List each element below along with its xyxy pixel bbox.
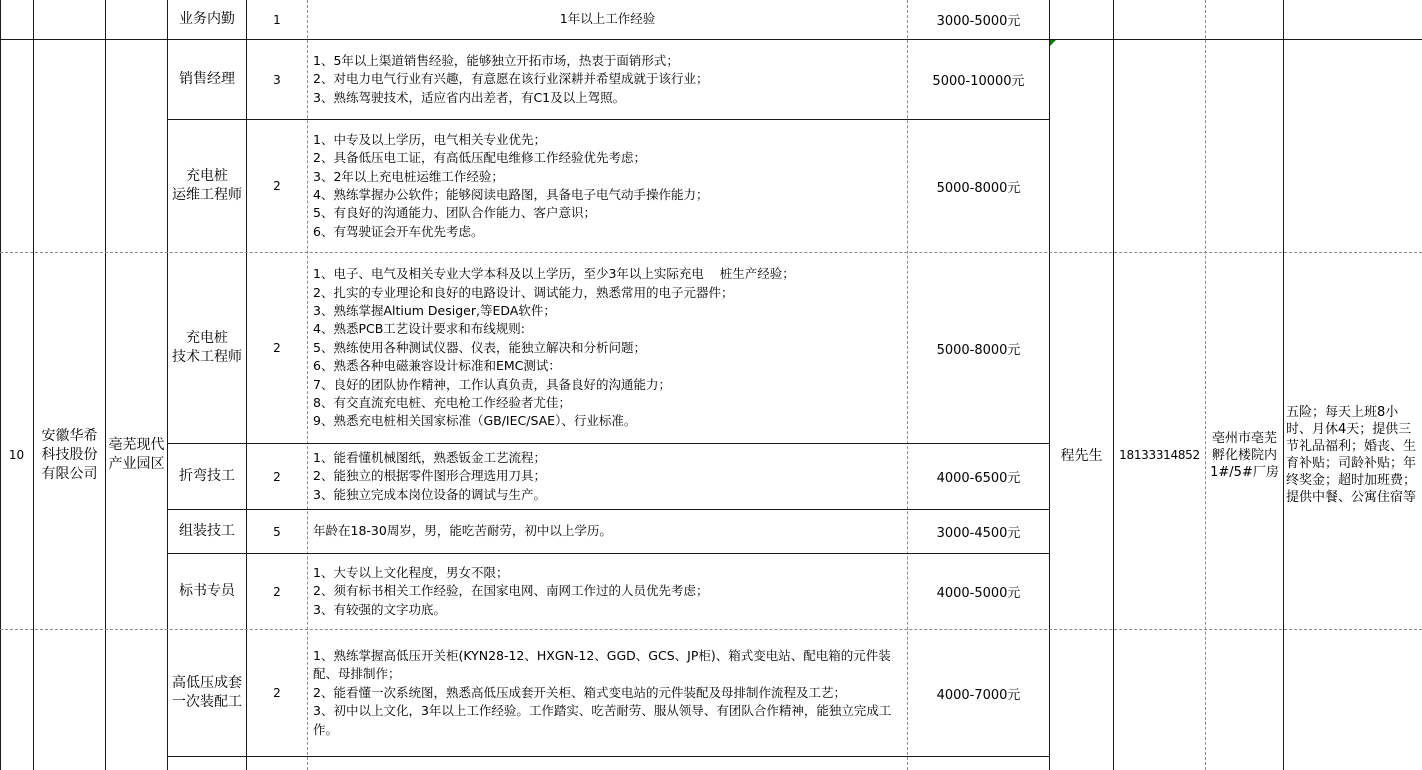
industrial-park-cell[interactable]: 亳芜现代产业园区 xyxy=(106,140,167,770)
requirements-cell[interactable]: 1年以上工作经验 xyxy=(308,0,906,39)
salary-cell[interactable]: 5000-10000元 xyxy=(908,40,1049,119)
salary-cell[interactable]: 3000-5000元 xyxy=(908,0,1049,39)
contact-person-cell[interactable]: 程先生 xyxy=(1050,140,1113,770)
headcount-cell[interactable]: 2 xyxy=(247,444,307,509)
benefits-cell[interactable]: 五险；每天上班8小时、月休4天；提供三节礼品福利；婚丧、生育补贴；司龄补贴；年终… xyxy=(1284,140,1422,770)
phone-number-cell[interactable]: 18133314852 xyxy=(1114,140,1205,770)
headcount-cell[interactable]: 5 xyxy=(247,510,307,553)
address-cell[interactable]: 亳州市亳芜孵化楼院内1#/5#厂房 xyxy=(1206,140,1283,770)
headcount-cell[interactable]: 2 xyxy=(247,554,307,629)
job-title-cell[interactable]: 业务内勤 xyxy=(168,0,246,39)
headcount-cell[interactable]: 2 xyxy=(247,120,307,252)
requirements-cell[interactable]: 1、熟练掌握高低压开关柜(KYN28-12、HXGN-12、GGD、GCS、JP… xyxy=(308,630,906,756)
headcount-cell[interactable]: 3 xyxy=(247,40,307,119)
job-title-cell[interactable]: 充电桩 技术工程师 xyxy=(168,253,246,443)
cell-error-indicator xyxy=(1050,40,1056,46)
company-cell[interactable]: 安徽华希科技股份有限公司 xyxy=(34,140,105,770)
salary-cell[interactable]: 4000-6500元 xyxy=(908,444,1049,509)
job-title-cell[interactable]: 高低压成套 一次装配工 xyxy=(168,630,246,756)
salary-cell[interactable]: 3000-4500元 xyxy=(908,510,1049,553)
requirements-cell[interactable]: 1、大专以上文化程度，男女不限； 2、须有标书相关工作经验，在国家电网、南网工作… xyxy=(308,554,906,629)
requirements-cell[interactable]: 1、中专及以上学历，电气相关专业优先； 2、具备低压电工证，有高低压配电维修工作… xyxy=(308,120,906,252)
salary-cell[interactable]: 4000-5000元 xyxy=(908,554,1049,629)
headcount-cell[interactable]: 2 xyxy=(247,630,307,756)
headcount-cell[interactable]: 2 xyxy=(247,253,307,443)
salary-cell[interactable]: 5000-8000元 xyxy=(908,120,1049,252)
job-title-cell[interactable]: 折弯技工 xyxy=(168,444,246,509)
job-title-cell[interactable]: 标书专员 xyxy=(168,554,246,629)
grid-line xyxy=(167,756,1049,757)
job-title-cell[interactable]: 充电桩 运维工程师 xyxy=(168,120,246,252)
row-number-cell[interactable]: 10 xyxy=(0,140,33,770)
salary-cell[interactable]: 5000-8000元 xyxy=(908,253,1049,443)
job-title-cell[interactable]: 销售经理 xyxy=(168,40,246,119)
requirements-cell[interactable]: 1、能看懂机械图纸，熟悉钣金工艺流程； 2、能独立的根据零件图形合理选用刀具； … xyxy=(308,444,906,509)
spreadsheet-job-table: 业务内勤 1 1年以上工作经验 3000-5000元 10 安徽华希科技股份有限… xyxy=(0,0,1422,770)
salary-cell[interactable]: 4000-7000元 xyxy=(908,630,1049,756)
headcount-cell[interactable]: 1 xyxy=(247,0,307,39)
job-title-cell[interactable]: 组装技工 xyxy=(168,510,246,553)
requirements-cell[interactable]: 1、电子、电气及相关专业大学本科及以上学历，至少3年以上实际充电 桩生产经验； … xyxy=(308,253,906,443)
requirements-cell[interactable]: 1、5年以上渠道销售经验，能够独立开拓市场，热衷于面销形式； 2、对电力电气行业… xyxy=(308,40,906,119)
requirements-cell[interactable]: 年龄在18-30周岁，男，能吃苦耐劳，初中以上学历。 xyxy=(308,510,906,553)
